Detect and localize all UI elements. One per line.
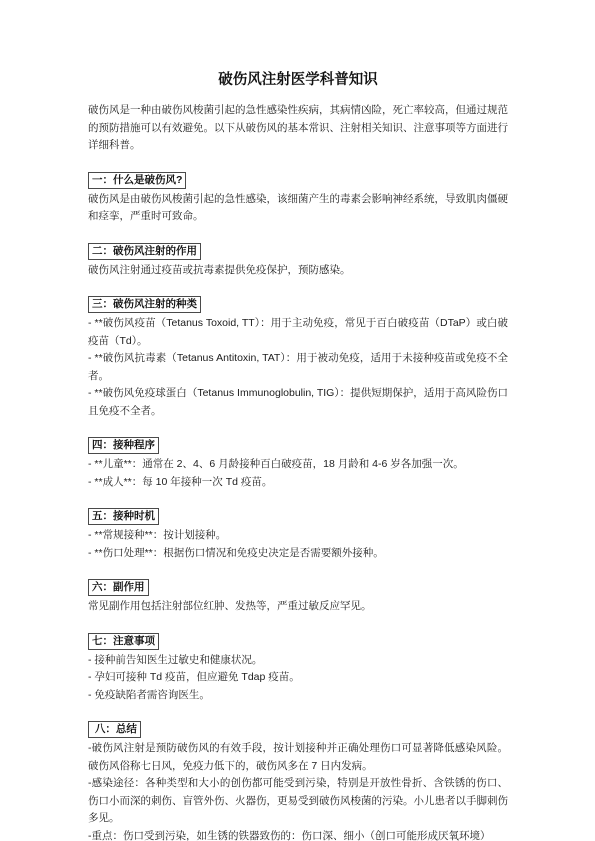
paragraph: 常见副作用包括注射部位红肿、发热等，严重过敏反应罕见。 — [88, 598, 508, 616]
paragraph: - 免疫缺陷者需咨询医生。 — [88, 687, 508, 705]
section-heading-box: 五：接种时机 — [88, 508, 159, 525]
section-heading-box: 三：破伤风注射的种类 — [88, 296, 201, 313]
paragraph: - 孕妇可接种 Td 疫苗，但应避免 Tdap 疫苗。 — [88, 669, 508, 687]
paragraph: - **常规接种**：按计划接种。 — [88, 527, 508, 545]
paragraph: - **破伤风疫苗（Tetanus Toxoid, TT）：用于主动免疫，常见于… — [88, 315, 508, 350]
section-paragraphs: - **常规接种**：按计划接种。- **伤口处理**：根据伤口情况和免疫史决定… — [88, 527, 508, 562]
paragraph: - **破伤风抗毒素（Tetanus Antitoxin, TAT）：用于被动免… — [88, 350, 508, 385]
document-section: 二：破伤风注射的作用 破伤风注射通过疫苗或抗毒素提供免疫保护，预防感染。 — [88, 243, 508, 280]
paragraph: - 接种前告知医生过敏史和健康状况。 — [88, 652, 508, 670]
document-section: 四：接种程序 - **儿童**：通常在 2、4、6 月龄接种百白破疫苗，18 月… — [88, 437, 508, 491]
document-section: 七：注意事项 - 接种前告知医生过敏史和健康状况。- 孕妇可接种 Td 疫苗，但… — [88, 633, 508, 705]
page-title: 破伤风注射医学科普知识 — [88, 70, 508, 91]
paragraph: - **破伤风免疫球蛋白（Tetanus Immunoglobulin, TIG… — [88, 385, 508, 420]
paragraph: -破伤风注射是预防破伤风的有效手段，按计划接种并正确处理伤口可显著降低感染风险。… — [88, 740, 508, 775]
intro-paragraph: 破伤风是一种由破伤风梭菌引起的急性感染性疾病，其病情凶险，死亡率较高，但通过规范… — [88, 102, 508, 155]
paragraph: -重点：伤口受到污染，如生锈的铁器致伤的：伤口深、细小（创口可能形成厌氧环境） — [88, 828, 508, 841]
section-paragraphs: 破伤风注射通过疫苗或抗毒素提供免疫保护，预防感染。 — [88, 262, 508, 280]
section-heading-box: 一：什么是破伤风? — [88, 172, 186, 189]
document-section: 三：破伤风注射的种类 - **破伤风疫苗（Tetanus Toxoid, TT）… — [88, 296, 508, 420]
section-heading-box: 四：接种程序 — [88, 437, 159, 454]
paragraph: - **伤口处理**：根据伤口情况和免疫史决定是否需要额外接种。 — [88, 545, 508, 563]
section-heading-box: 七：注意事项 — [88, 633, 159, 650]
section-heading-box: 六：副作用 — [88, 579, 149, 596]
document-section: 六：副作用 常见副作用包括注射部位红肿、发热等，严重过敏反应罕见。 — [88, 579, 508, 616]
document-section: 一：什么是破伤风? 破伤风是由破伤风梭菌引起的急性感染，该细菌产生的毒素会影响神… — [88, 172, 508, 226]
section-paragraphs: - **破伤风疫苗（Tetanus Toxoid, TT）：用于主动免疫，常见于… — [88, 315, 508, 420]
section-paragraphs: - **儿童**：通常在 2、4、6 月龄接种百白破疫苗，18 月龄和 4-6 … — [88, 456, 508, 491]
section-paragraphs: 常见副作用包括注射部位红肿、发热等，严重过敏反应罕见。 — [88, 598, 508, 616]
paragraph: 破伤风是由破伤风梭菌引起的急性感染，该细菌产生的毒素会影响神经系统，导致肌肉僵硬… — [88, 191, 508, 226]
document-section: 八：总结 -破伤风注射是预防破伤风的有效手段，按计划接种并正确处理伤口可显著降低… — [88, 721, 508, 841]
document-section: 五：接种时机 - **常规接种**：按计划接种。- **伤口处理**：根据伤口情… — [88, 508, 508, 562]
section-paragraphs: -破伤风注射是预防破伤风的有效手段，按计划接种并正确处理伤口可显著降低感染风险。… — [88, 740, 508, 841]
section-heading-box: 二：破伤风注射的作用 — [88, 243, 201, 260]
paragraph: - **儿童**：通常在 2、4、6 月龄接种百白破疫苗，18 月龄和 4-6 … — [88, 456, 508, 474]
document-page: 破伤风注射医学科普知识 破伤风是一种由破伤风梭菌引起的急性感染性疾病，其病情凶险… — [0, 0, 595, 841]
section-heading-box: 八：总结 — [88, 721, 141, 738]
section-paragraphs: - 接种前告知医生过敏史和健康状况。- 孕妇可接种 Td 疫苗，但应避免 Tda… — [88, 652, 508, 705]
paragraph: -感染途径：各种类型和大小的创伤都可能受到污染，特别是开放性骨折、含铁锈的伤口、… — [88, 775, 508, 828]
paragraph: 破伤风注射通过疫苗或抗毒素提供免疫保护，预防感染。 — [88, 262, 508, 280]
sections-container: 一：什么是破伤风? 破伤风是由破伤风梭菌引起的急性感染，该细菌产生的毒素会影响神… — [88, 172, 508, 841]
paragraph: - **成人**：每 10 年接种一次 Td 疫苗。 — [88, 474, 508, 492]
section-paragraphs: 破伤风是由破伤风梭菌引起的急性感染，该细菌产生的毒素会影响神经系统，导致肌肉僵硬… — [88, 191, 508, 226]
